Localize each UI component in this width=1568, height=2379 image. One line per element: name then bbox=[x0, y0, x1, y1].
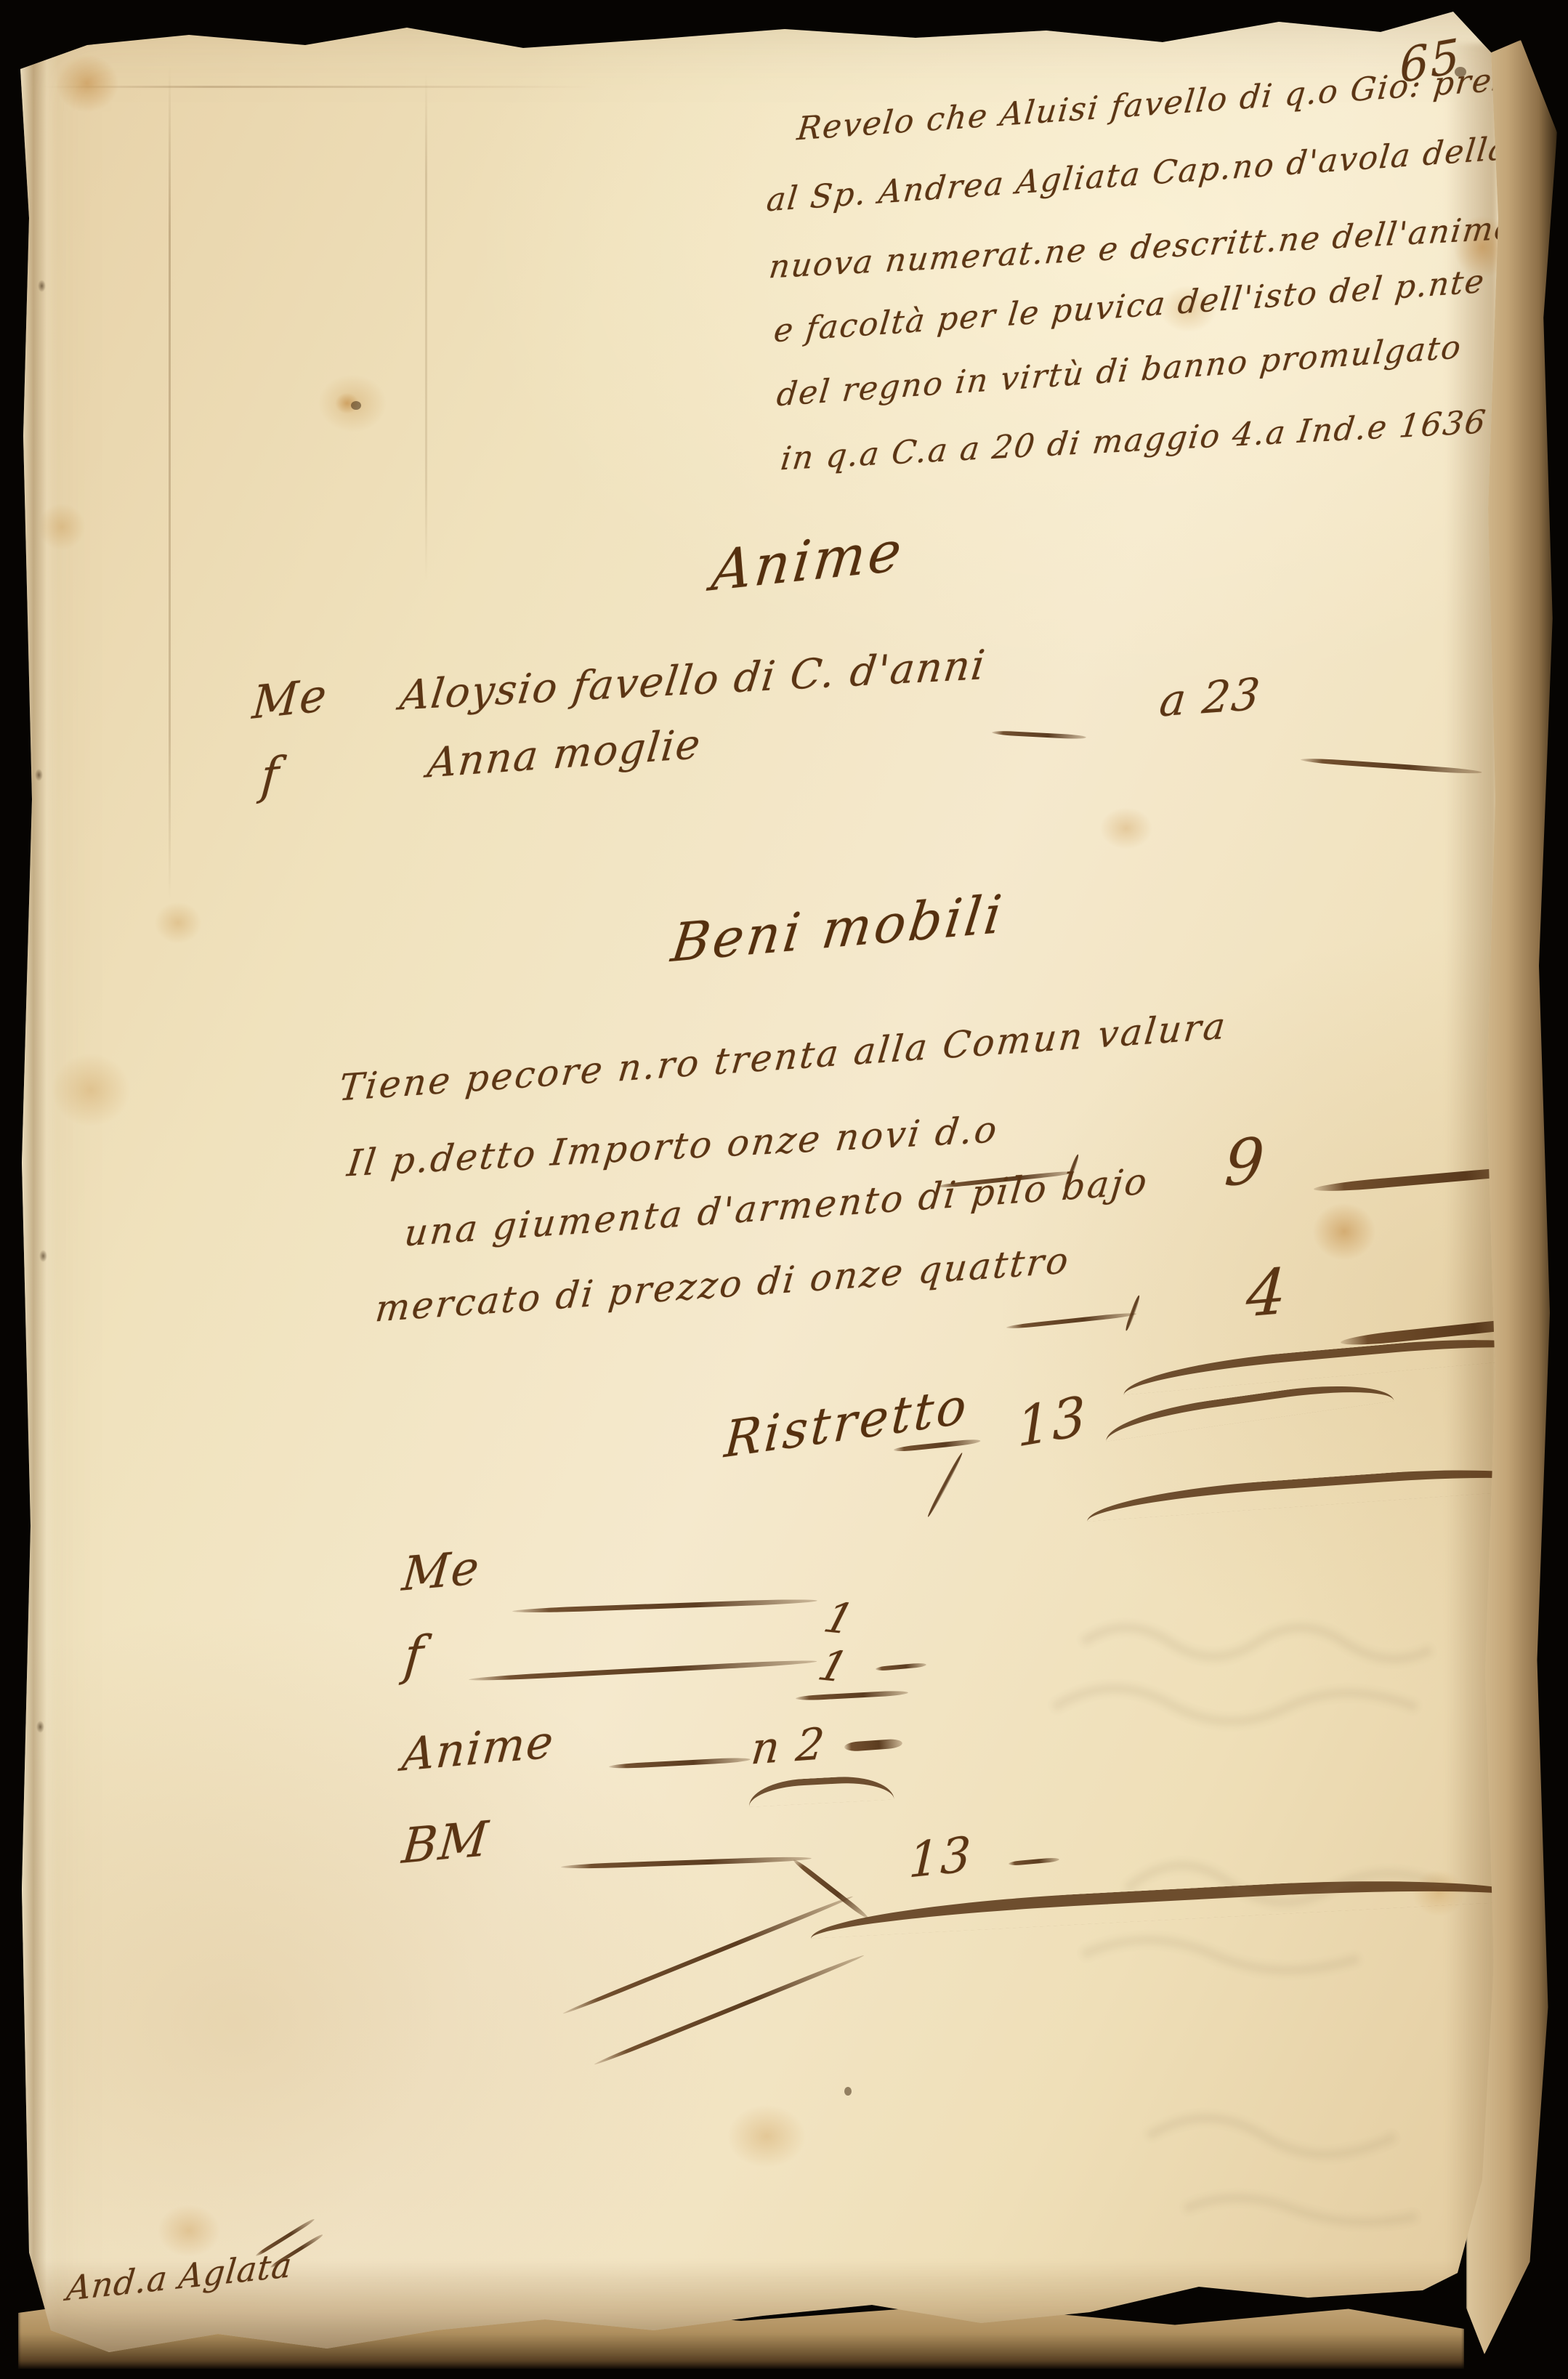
ink-underline bbox=[748, 1774, 894, 1807]
beni-line: mercato di prezzo di onze quattro bbox=[373, 1239, 1072, 1330]
beni-value: 9 bbox=[1223, 1124, 1268, 1201]
summary-value: 13 bbox=[908, 1826, 973, 1889]
beni-value: 4 bbox=[1245, 1255, 1290, 1332]
summary-label: BM bbox=[400, 1811, 491, 1875]
left-fold-shadow bbox=[20, 44, 58, 2340]
stain bbox=[1301, 1192, 1388, 1272]
entry-text: Anna moglie bbox=[425, 721, 703, 788]
stitch-hole bbox=[35, 769, 43, 781]
ink-slash bbox=[594, 1953, 865, 2066]
ristretto-total: 13 bbox=[1016, 1384, 1088, 1460]
ink-arrow-descender bbox=[926, 1452, 964, 1518]
entry-text: Aloysio favello di C. d'anni bbox=[397, 642, 989, 720]
ink-dash-thick bbox=[844, 1738, 903, 1752]
vertical-crease bbox=[169, 65, 171, 901]
parchment-page: 65 Revelo che Aluisi favello di q.o Gio:… bbox=[0, 0, 1568, 2379]
summary-value: n 2 bbox=[749, 1718, 828, 1775]
ink-arrow-descender bbox=[792, 1858, 870, 1920]
stain bbox=[29, 494, 94, 560]
ink-dash bbox=[992, 730, 1086, 740]
fox-spot bbox=[351, 401, 361, 410]
ink-dash bbox=[609, 1757, 751, 1769]
bleed-through-ghost bbox=[1039, 1584, 1548, 2311]
summary-value: 1 bbox=[819, 1593, 861, 1644]
ink-dash bbox=[469, 1659, 817, 1682]
summary-label: f bbox=[402, 1625, 427, 1687]
ink-slash bbox=[562, 1894, 854, 2016]
stain bbox=[145, 894, 211, 952]
header-line: al Sp. Andrea Agliata Cap.no d'avola del… bbox=[765, 130, 1511, 219]
section-title-beni-mobili: Beni mobili bbox=[668, 883, 1008, 974]
section-title-anime: Anime bbox=[708, 517, 907, 603]
summary-value: 1 bbox=[813, 1641, 855, 1692]
summary-label: Me bbox=[400, 1541, 482, 1602]
stain bbox=[1090, 799, 1163, 857]
manuscript-scan: 65 Revelo che Aluisi favello di q.o Gio:… bbox=[0, 0, 1568, 2379]
summary-label: Anime bbox=[400, 1715, 557, 1782]
header-line: in q.a C.a a 20 di maggio 4.a Ind.e 1636 bbox=[779, 403, 1489, 477]
stain bbox=[36, 1039, 145, 1141]
stitch-hole bbox=[39, 1250, 47, 1262]
section-title-ristretto: Ristretto bbox=[722, 1377, 971, 1470]
stitch-hole bbox=[38, 280, 46, 292]
entry-margin-mark: f bbox=[259, 746, 283, 805]
ink-dash bbox=[512, 1598, 817, 1614]
entry-value: a 23 bbox=[1157, 669, 1264, 727]
stitch-hole bbox=[36, 1721, 44, 1733]
vertical-crease bbox=[425, 73, 427, 581]
entry-margin-mark: Me bbox=[251, 668, 330, 730]
ink-dash bbox=[876, 1663, 926, 1671]
stain bbox=[44, 44, 131, 124]
beni-line: Il p.detto Importo onze novi d.o bbox=[345, 1108, 1001, 1184]
stain bbox=[712, 2093, 821, 2180]
ink-dash bbox=[1006, 1312, 1137, 1330]
beni-line: Tiene pecore n.ro trenta alla Comun valu… bbox=[337, 1005, 1229, 1110]
fox-spot bbox=[844, 2087, 852, 2096]
ink-dash bbox=[561, 1856, 812, 1870]
ink-underline bbox=[796, 1690, 908, 1701]
